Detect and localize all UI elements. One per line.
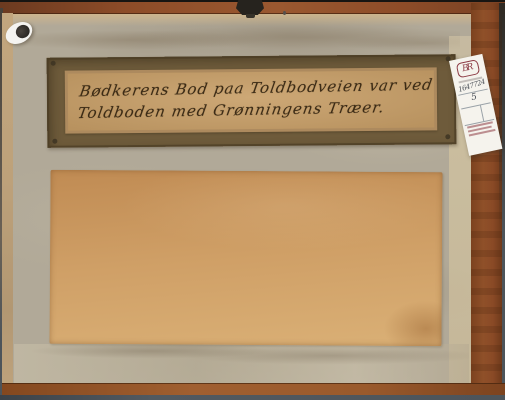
small-dark-speck xyxy=(283,11,286,15)
nail-bottom-right xyxy=(445,134,450,139)
inscription-line-1: Bødkerens Bod paa Toldbodveien var ved xyxy=(78,76,434,101)
br-monogram-text: BR xyxy=(462,63,475,74)
inscription-paper: Bødkerens Bod paa Toldbodveien var ved T… xyxy=(65,67,438,133)
frame-left-strip xyxy=(2,13,13,385)
sticker-table-vline xyxy=(480,105,484,121)
hanging-bracket xyxy=(236,0,264,15)
inscription-slip: Bødkerens Bod paa Toldbodveien var ved T… xyxy=(68,70,434,130)
table-surface xyxy=(0,395,505,400)
nail-top-left xyxy=(51,61,56,66)
inscription-line-2: Toldboden med Grønningens Træer. xyxy=(76,98,386,122)
tan-backing-paper xyxy=(49,170,442,346)
hanging-bracket-stem xyxy=(246,14,255,18)
frame-right-dark-edge xyxy=(499,3,505,233)
water-stain-upper xyxy=(20,24,460,56)
inscription-label-frame: Bødkerens Bod paa Toldbodveien var ved T… xyxy=(47,54,457,148)
nail-bottom-left xyxy=(52,139,57,144)
water-stain-lower xyxy=(14,344,469,383)
photo-back-of-framed-artwork: Bødkerens Bod paa Toldbodveien var ved T… xyxy=(0,0,505,400)
br-monogram-badge: BR xyxy=(456,59,481,78)
